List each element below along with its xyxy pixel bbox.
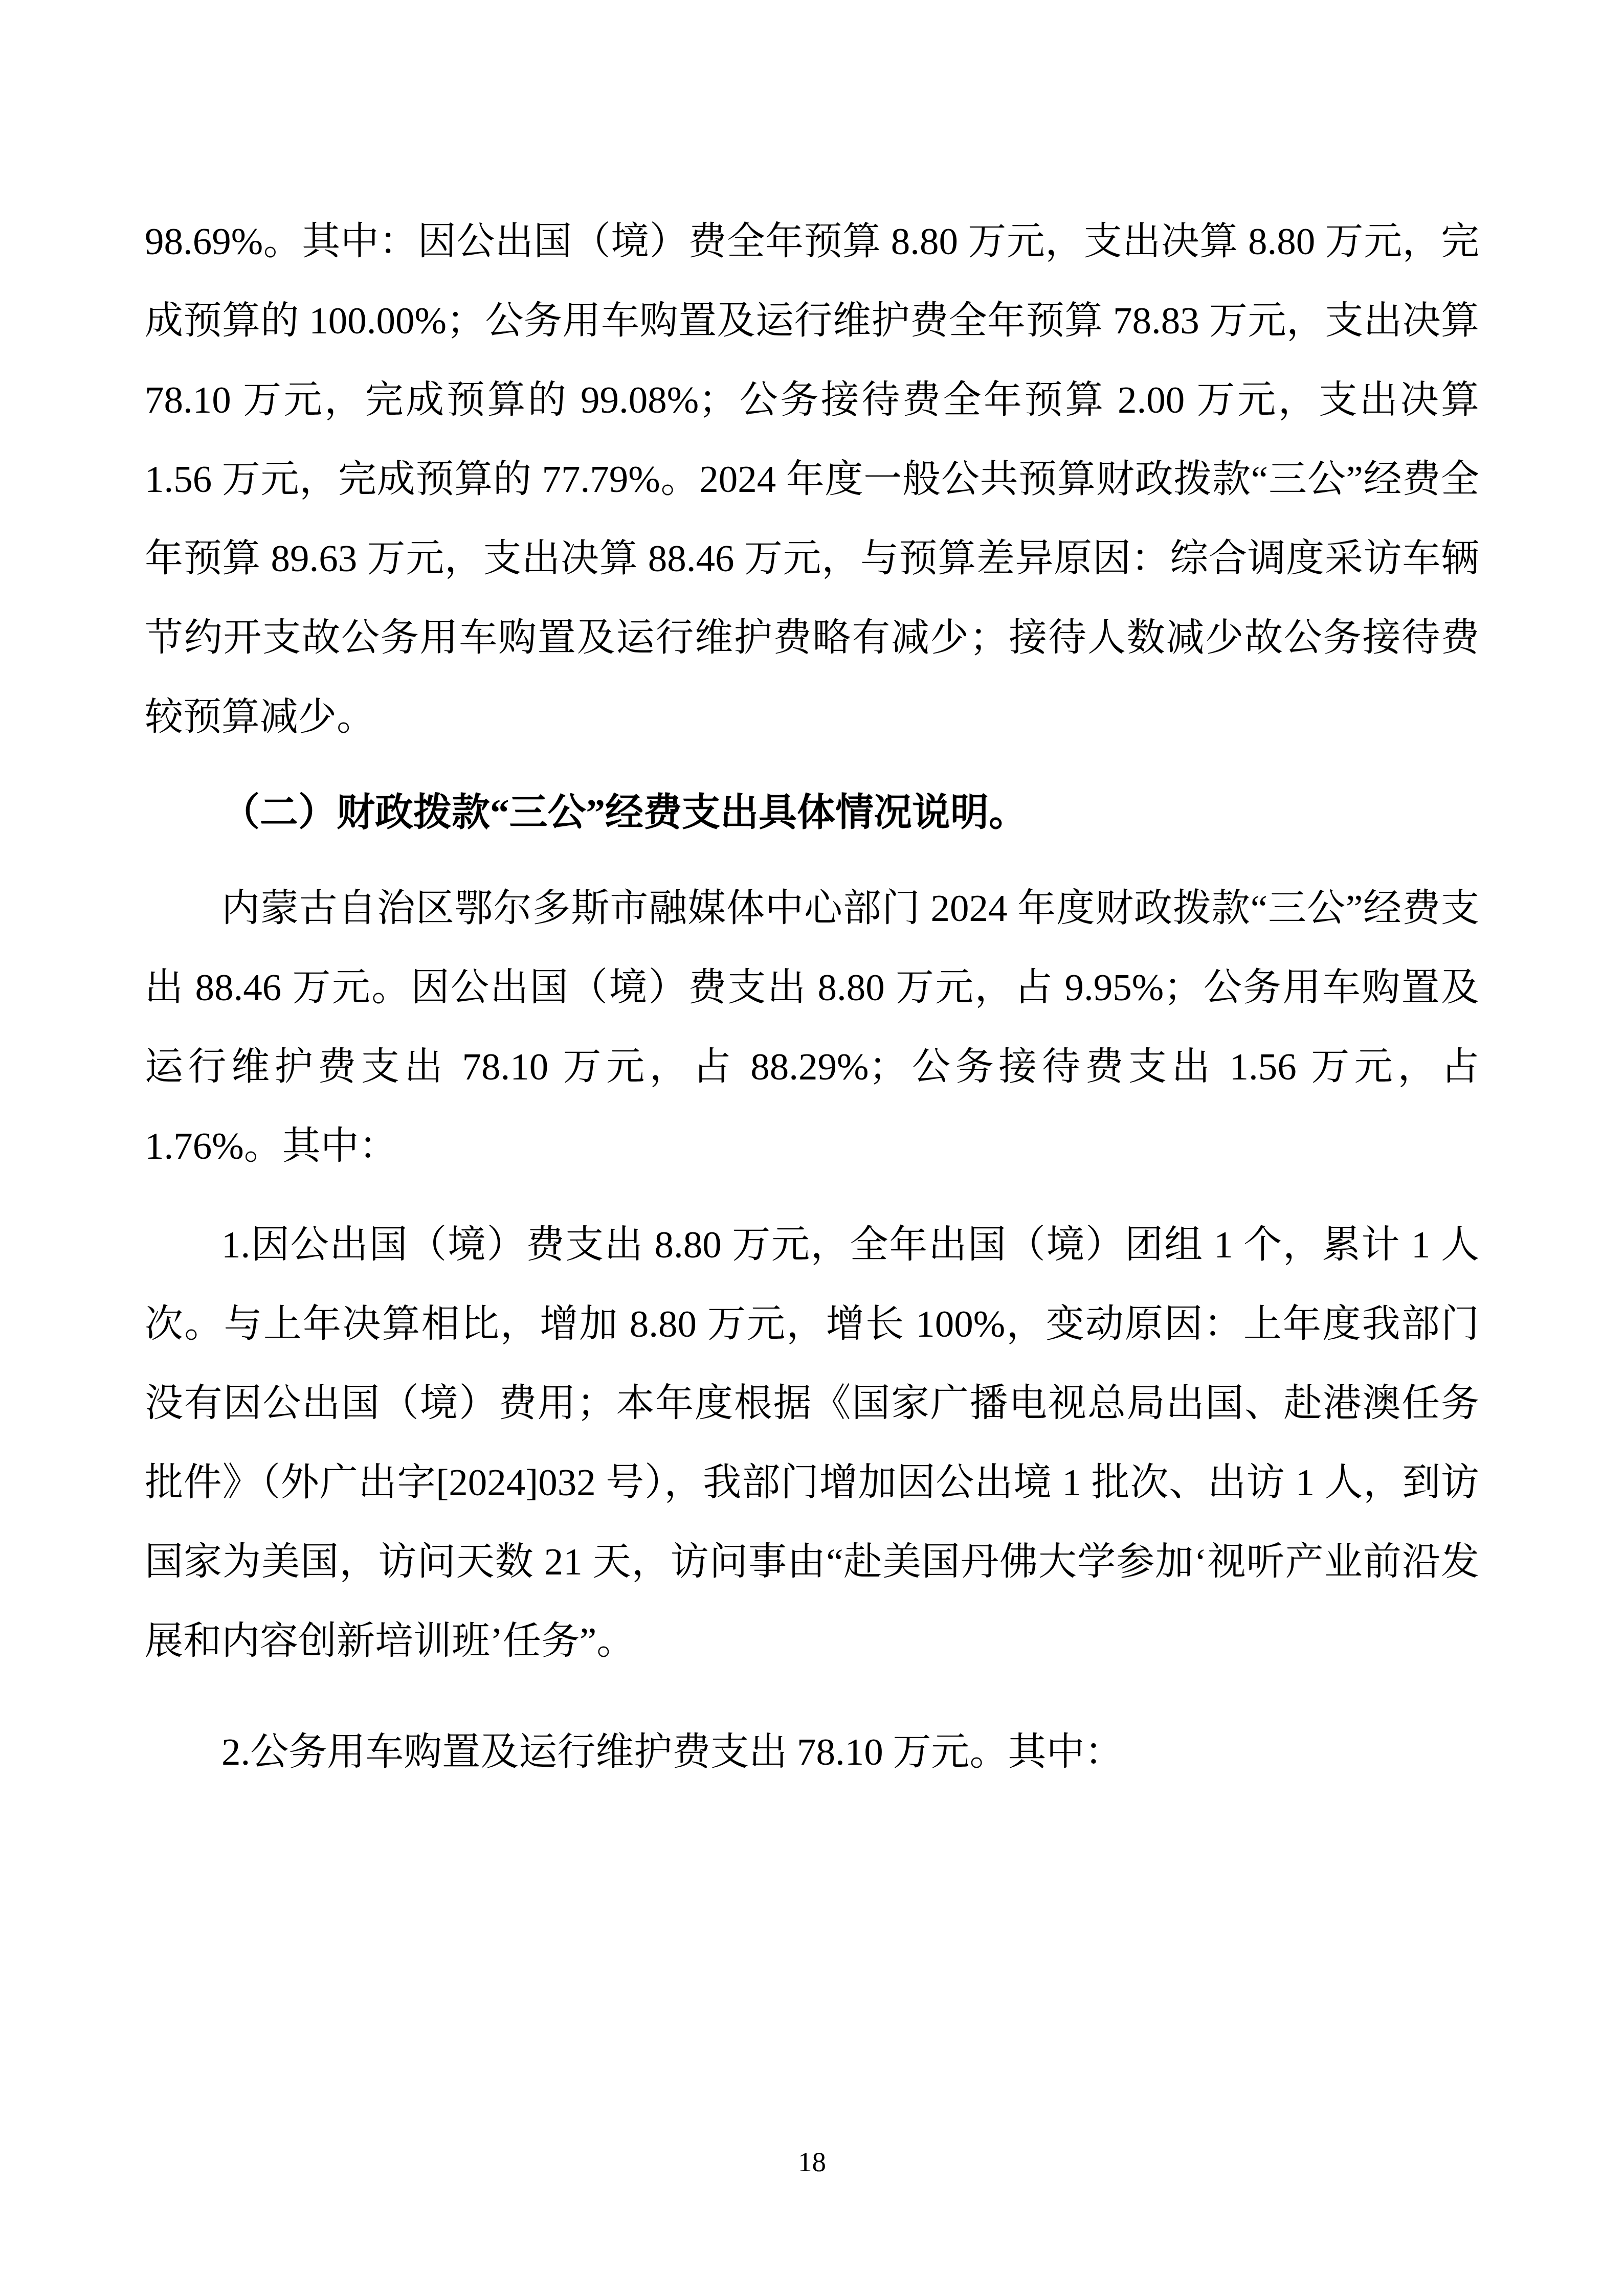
paragraph-budget-completion: 98.69%。其中：因公出国（境）费全年预算 8.80 万元，支出决算 8.80… [145,202,1479,757]
page-number: 18 [0,2147,1624,2177]
section-heading-fiscal-three-public-expense-details: （二）财政拨款“三公”经费支出具体情况说明。 [145,773,1479,852]
document-page: 98.69%。其中：因公出国（境）费全年预算 8.80 万元，支出决算 8.80… [0,0,1624,2296]
paragraph-expense-overview: 内蒙古自治区鄂尔多斯市融媒体中心部门 2024 年度财政拨款“三公”经费支出 8… [145,869,1479,1186]
paragraph-item1-overseas-travel: 1.因公出国（境）费支出 8.80 万元，全年出国（境）团组 1 个，累计 1 … [145,1205,1479,1681]
paragraph-item2-official-vehicle: 2.公务用车购置及运行维护费支出 78.10 万元。其中： [145,1713,1479,1792]
